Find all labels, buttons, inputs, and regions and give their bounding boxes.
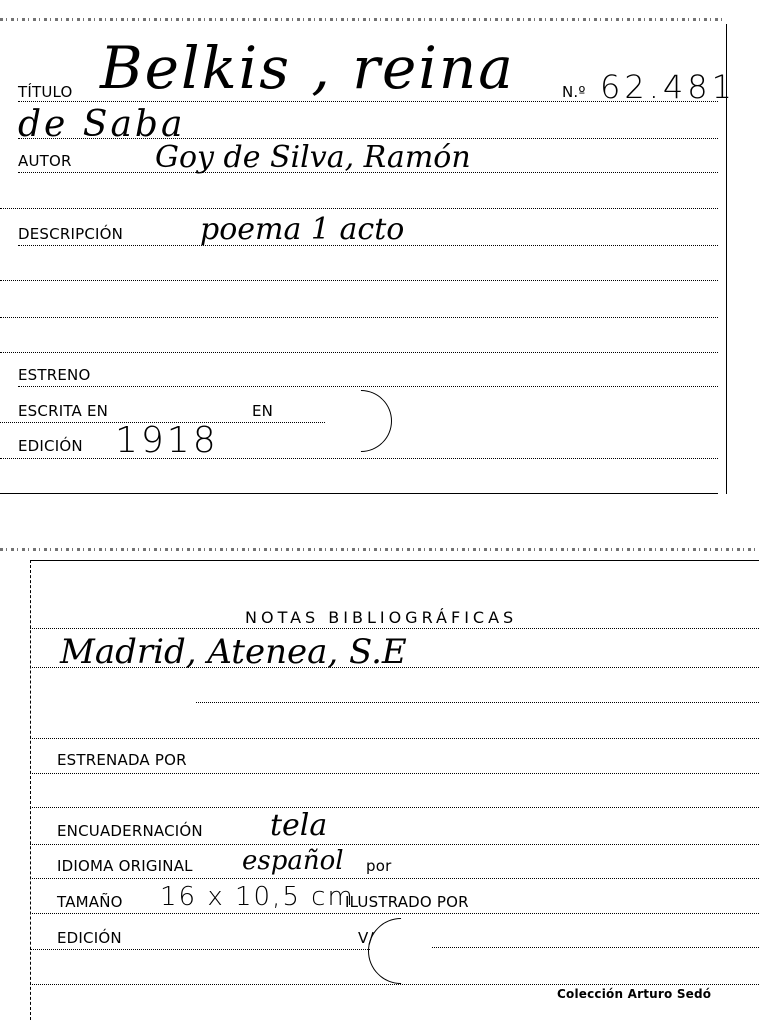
rule (18, 138, 718, 139)
heading-notas-bibliograficas: NOTAS BIBLIOGRÁFICAS (245, 608, 517, 627)
rule (30, 667, 759, 668)
rule (18, 386, 718, 387)
rule (18, 245, 718, 246)
label-estreno: ESTRENO (18, 366, 91, 384)
label-autor: AUTOR (18, 152, 72, 170)
value-edicion: 1918 (115, 420, 219, 461)
label-edicion: EDICIÓN (18, 437, 83, 455)
card-bottom-edge (0, 493, 718, 494)
rule (196, 702, 759, 703)
rule (0, 317, 718, 318)
card-left-edge (30, 560, 31, 1020)
scan-artifact-top (0, 18, 725, 21)
rule (0, 280, 718, 281)
value-descripcion: poema 1 acto (200, 212, 404, 247)
scan-artifact-top (0, 548, 759, 551)
collection-credit: Colección Arturo Sedó (557, 987, 711, 1001)
rule (30, 738, 759, 739)
rule (30, 913, 759, 914)
label-encuadernacion: ENCUADERNACIÓN (57, 822, 203, 840)
rule (30, 949, 370, 950)
label-escrita-en: ESCRITA EN (18, 402, 108, 420)
value-tamano: 16 x 10,5 cm (160, 882, 355, 912)
label-en: EN (252, 402, 273, 420)
rule (0, 208, 718, 209)
card-top-edge (30, 560, 759, 561)
rule (30, 773, 759, 774)
label-tamano: TAMAÑO (57, 893, 123, 911)
rule (18, 172, 718, 173)
rule (30, 628, 759, 629)
value-autor: Goy de Silva, Ramón (155, 140, 471, 175)
value-titulo: Belkis , reina (100, 34, 515, 102)
value-notas: Madrid, Atenea, S.E (60, 632, 407, 672)
rule (0, 458, 718, 459)
value-idioma-original: español (242, 846, 344, 876)
rule (30, 844, 759, 845)
rule (432, 947, 759, 948)
label-idioma-original: IDIOMA ORIGINAL (57, 857, 193, 875)
rule (0, 352, 718, 353)
value-encuadernacion: tela (270, 808, 327, 843)
label-descripcion: DESCRIPCIÓN (18, 225, 123, 243)
label-estrenada-por: ESTRENADA POR (57, 751, 187, 769)
rule (30, 878, 759, 879)
label-ilustrado-por: ILUSTRADO POR (345, 893, 469, 911)
rule (30, 807, 759, 808)
label-numero: N.º (562, 83, 586, 101)
rule (30, 984, 759, 985)
rule (18, 101, 718, 102)
label-por: por (366, 857, 391, 875)
stamp-mark (317, 377, 405, 465)
label-edicion-2: EDICIÓN (57, 929, 122, 947)
label-titulo: TÍTULO (18, 83, 73, 101)
